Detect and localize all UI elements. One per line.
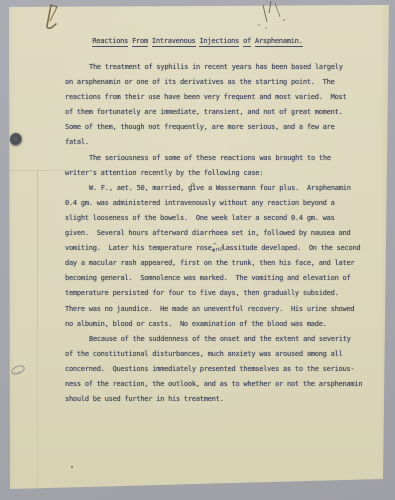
typed-text: slight looseness of the bowels. One week…: [65, 214, 335, 222]
typed-text: Because of the suddenness of the onset a…: [89, 335, 351, 343]
typed-text: given. Several hours afterward diarrhoea…: [65, 229, 350, 237]
typed-line: of them fortunately are immediate, trans…: [65, 105, 385, 120]
paper-crease: [37, 170, 38, 488]
title-word: of: [243, 37, 251, 47]
typed-text: The treatment of syphilis in recent year…: [89, 63, 343, 71]
typed-line: fatal.: [65, 135, 385, 150]
typed-text: of the constitutional disturbances, much…: [65, 350, 343, 358]
photograph-of-typed-document: Reactions From Intravenous Injections of…: [0, 0, 395, 500]
typed-text: ve a Wassermann four plus. Arsphenamin: [196, 184, 351, 192]
typed-line: becoming general. Somnolence was marked.…: [65, 271, 385, 286]
document-title: Reactions From Intravenous Injections of…: [0, 37, 395, 45]
ink-smudge: [9, 363, 27, 377]
typed-text: writer's attention recently by the follo…: [65, 169, 263, 177]
typed-text: The seriousness of some of these reactio…: [89, 154, 331, 162]
typed-line: 0.4 gm. was administered intravenously w…: [65, 196, 385, 211]
typed-text: should be used further in his treatment.: [65, 395, 224, 403]
typed-line: reactions from their use have been very …: [65, 90, 385, 105]
typed-line: writer's attention recently by the follo…: [65, 166, 385, 181]
typed-text: vomiting. Later his temperature rose,: [65, 244, 216, 252]
typed-text: lassitude developed. On the second: [218, 244, 361, 252]
typed-text: reactions from their use have been very …: [65, 93, 346, 101]
typed-text: Some of them, though not frequently, are…: [65, 123, 335, 131]
typed-text: no albumin, blood or casts. No examinati…: [65, 320, 327, 328]
typed-line: vomiting. Later his temperature rose,and…: [65, 241, 385, 256]
document-body: The treatment of syphilis in recent year…: [65, 60, 385, 407]
typed-line: Some of them, though not frequently, are…: [65, 120, 385, 135]
typed-text: concerned. Questions immediately present…: [65, 365, 354, 373]
typed-line: of the constitutional disturbances, much…: [65, 347, 385, 362]
typed-line: There was no jaundice. He made an uneven…: [65, 302, 385, 317]
typed-line: on arsphenamin or one of its derivatives…: [65, 75, 385, 90]
typed-line: should be used further in his treatment.: [65, 392, 385, 407]
typed-text: ness of the reaction, the outlook, and a…: [65, 380, 362, 388]
typed-line: The seriousness of some of these reactio…: [65, 151, 385, 166]
typed-line: The treatment of syphilis in recent year…: [65, 60, 385, 75]
typed-line: Because of the suddenness of the onset a…: [65, 332, 385, 347]
typed-text: fatal.: [65, 138, 89, 146]
title-word: From: [132, 37, 148, 47]
typed-text: becoming general. Somnolence was marked.…: [65, 274, 350, 282]
typed-text: There was no jaundice. He made an uneven…: [65, 305, 354, 313]
dirt-speck: [127, 487, 129, 489]
typed-line: no albumin, blood or casts. No examinati…: [65, 317, 385, 332]
typed-text: 0.4 gm. was administered intravenously w…: [65, 199, 335, 207]
title-word: Arsphenamin.: [255, 37, 303, 47]
typed-line: day a macular rash appeared, first on th…: [65, 256, 385, 271]
paperclip-mark: [42, 2, 68, 34]
typed-line: concerned. Questions immediately present…: [65, 362, 385, 377]
typed-line: given. Several hours afterward diarrhoea…: [65, 226, 385, 241]
typed-line: temperature persisted for four to five d…: [65, 286, 385, 301]
typed-line: ness of the reaction, the outlook, and a…: [65, 377, 385, 392]
insertion-caret: ^: [213, 239, 217, 254]
title-word: Intravenous: [152, 37, 196, 47]
typed-text: day a macular rash appeared, first on th…: [65, 259, 354, 267]
typed-text: of them fortunately are immediate, trans…: [65, 108, 343, 116]
typed-text: temperature persisted for four to five d…: [65, 289, 339, 297]
typed-text: W. F., aet. 50, married, g: [89, 184, 192, 192]
dirt-speck: [71, 466, 73, 468]
typed-line: W. F., aet. 50, married, giave a Wasserm…: [65, 181, 385, 196]
pencil-scribble: [252, 0, 296, 32]
typed-text: on arsphenamin or one of its derivatives…: [65, 78, 335, 86]
punch-hole: [10, 133, 22, 146]
annotated-text: ia: [192, 184, 196, 192]
typed-line: slight looseness of the bowels. One week…: [65, 211, 385, 226]
title-word: Injections: [199, 37, 239, 47]
paper-sheet: Reactions From Intravenous Injections of…: [0, 0, 395, 500]
title-word: Reactions: [92, 37, 128, 47]
